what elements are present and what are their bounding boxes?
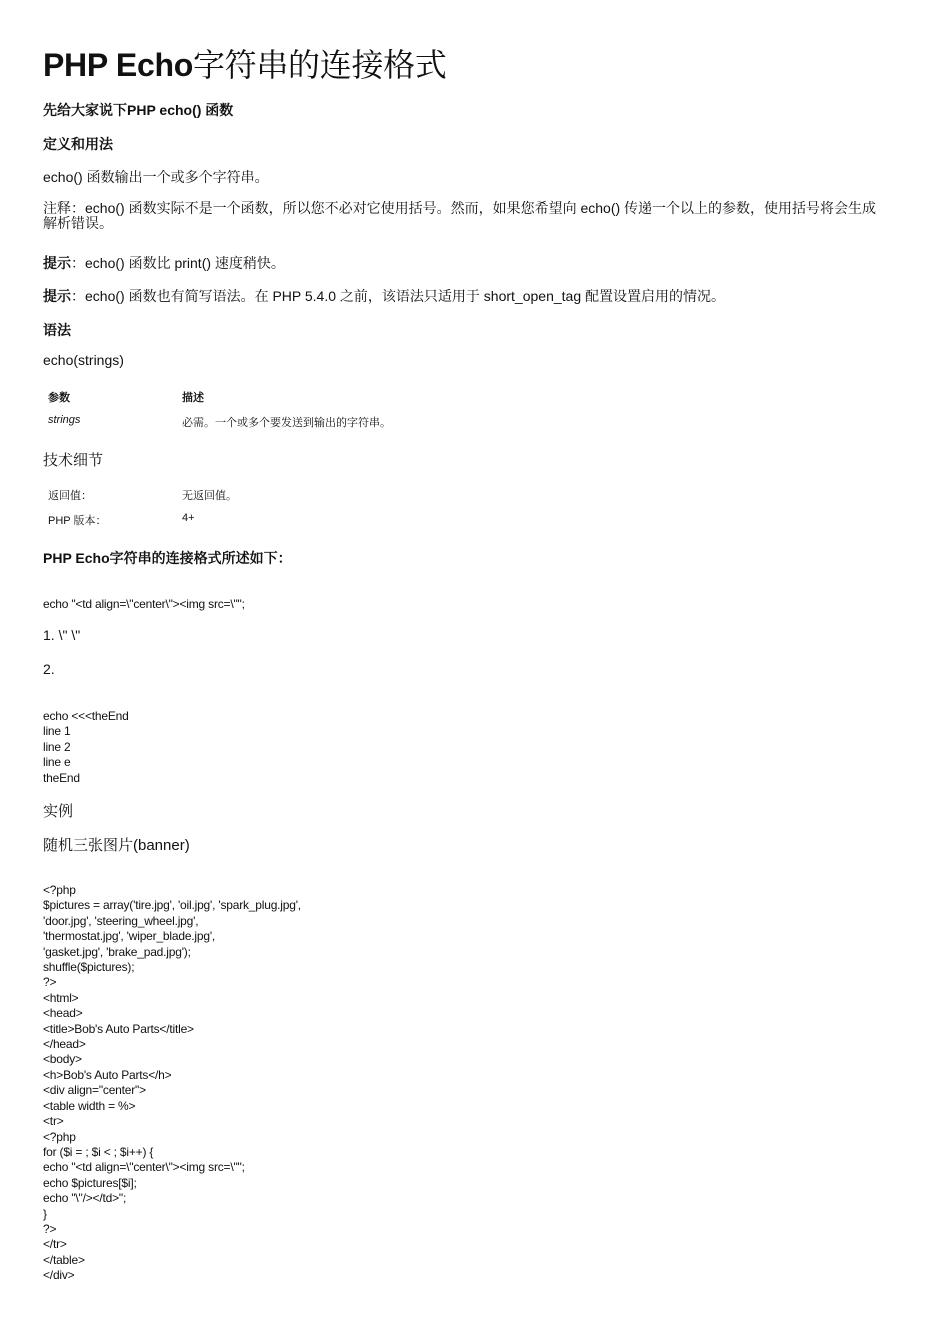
code-line: 'door.jpg', 'steering_wheel.jpg',	[43, 914, 301, 929]
tip-text: ：echo() 函数比 print() 速度稍快。	[71, 255, 285, 271]
code-line: $pictures = array('tire.jpg', 'oil.jpg',…	[43, 898, 301, 913]
tip-paragraph-2: 提示：echo() 函数也有简写语法。在 PHP 5.4.0 之前，该语法只适用…	[43, 286, 725, 306]
table-header-param: 参数	[48, 389, 70, 405]
code-line: </head>	[43, 1037, 301, 1052]
code-line: echo "\"/></td>";	[43, 1191, 301, 1206]
tech-details-heading: 技术细节	[43, 449, 103, 470]
note-paragraph: 注释：echo() 函数实际不是一个函数，所以您不必对它使用括号。然而，如果您希…	[43, 201, 888, 231]
code-line: </div>	[43, 1268, 301, 1283]
php-version-label: PHP 版本：	[48, 512, 106, 528]
code-line: ?>	[43, 1222, 301, 1237]
code-line: <div align="center">	[43, 1083, 301, 1098]
code-line: <table width = %>	[43, 1099, 301, 1114]
tech-details-table: 返回值： 无返回值。 PHP 版本： 4+	[43, 487, 643, 532]
list-item-2: 2.	[43, 661, 55, 677]
code-line: echo <<<theEnd	[43, 709, 129, 724]
code-line: </tr>	[43, 1237, 301, 1252]
code-line: }	[43, 1207, 301, 1222]
code-line: for ($i = ; $i < ; $i++) {	[43, 1145, 301, 1160]
code-line: <?php	[43, 1130, 301, 1145]
parameters-table: 参数 描述 strings 必需。一个或多个要发送到输出的字符串。	[43, 389, 643, 434]
heredoc-code-block: echo <<<theEnd line 1 line 2 line e theE…	[43, 709, 129, 786]
intro-heading: 先给大家说下PHP echo() 函数	[43, 100, 233, 120]
tip-label: 提示	[43, 288, 71, 304]
code-line: shuffle($pictures);	[43, 960, 301, 975]
tip-text: ：echo() 函数也有简写语法。在 PHP 5.4.0 之前，该语法只适用于 …	[71, 288, 725, 304]
page-title: PHP Echo字符串的连接格式	[43, 40, 447, 86]
format-code-line: echo "<td align=\"center\"><img src=\"";	[43, 597, 245, 612]
code-line: 'thermostat.jpg', 'wiper_blade.jpg',	[43, 929, 301, 944]
code-line: <h>Bob's Auto Parts</h>	[43, 1068, 301, 1083]
example-subheading: 随机三张图片(banner)	[43, 834, 190, 855]
code-line: </table>	[43, 1253, 301, 1268]
code-line: theEnd	[43, 771, 129, 786]
code-line: line 1	[43, 724, 129, 739]
table-header-description: 描述	[182, 389, 204, 405]
return-value: 无返回值。	[182, 487, 237, 503]
php-version-value: 4+	[182, 512, 195, 524]
list-item-1: 1. \" \"	[43, 627, 80, 643]
code-line: 'gasket.jpg', 'brake_pad.jpg');	[43, 945, 301, 960]
code-line: <html>	[43, 991, 301, 1006]
syntax-text: echo(strings)	[43, 352, 124, 368]
return-value-label: 返回值：	[48, 487, 92, 503]
code-line: <head>	[43, 1006, 301, 1021]
code-line: <title>Bob's Auto Parts</title>	[43, 1022, 301, 1037]
code-line: line 2	[43, 740, 129, 755]
code-line: echo "<td align=\"center\"><img src=\"";	[43, 1160, 301, 1175]
param-description: 必需。一个或多个要发送到输出的字符串。	[182, 414, 391, 430]
code-line: line e	[43, 755, 129, 770]
syntax-heading: 语法	[43, 320, 71, 340]
code-line: ?>	[43, 975, 301, 990]
tip-label: 提示	[43, 255, 71, 271]
page-title-latin: PHP Echo	[43, 47, 193, 83]
code-line: echo $pictures[$i];	[43, 1176, 301, 1191]
code-line: <body>	[43, 1052, 301, 1067]
example-heading: 实例	[43, 800, 73, 821]
code-line: <tr>	[43, 1114, 301, 1129]
definition-text: echo() 函数输出一个或多个字符串。	[43, 167, 269, 187]
definition-heading: 定义和用法	[43, 134, 113, 154]
tip-paragraph-1: 提示：echo() 函数比 print() 速度稍快。	[43, 253, 285, 273]
example-code-block: <?php $pictures = array('tire.jpg', 'oil…	[43, 883, 301, 1284]
format-heading: PHP Echo字符串的连接格式所述如下：	[43, 548, 292, 568]
code-line: <?php	[43, 883, 301, 898]
page-title-chinese: 字符串的连接格式	[193, 47, 447, 83]
param-name: strings	[48, 414, 80, 426]
